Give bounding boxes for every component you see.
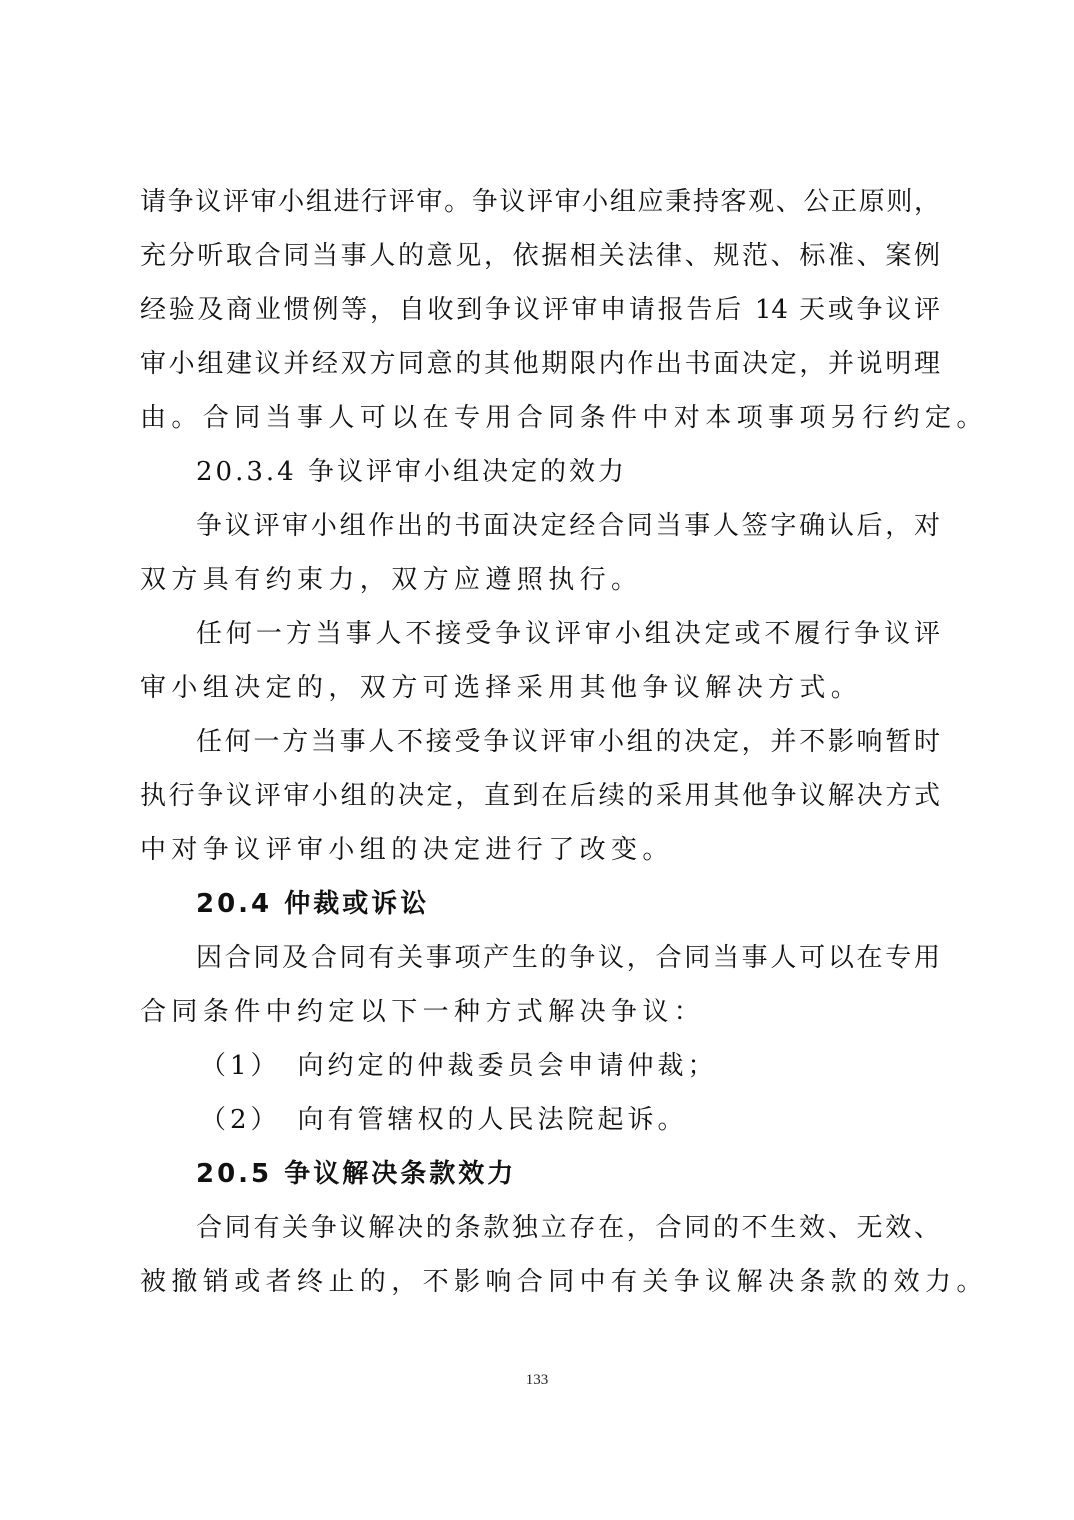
body-text-line: 执行争议评审小组的决定，直到在后续的采用其他争议解决方式 [140, 780, 940, 812]
body-text-line: 因合同及合同有关事项产生的争议，合同当事人可以在专用 [196, 942, 940, 974]
body-text-line: 审小组决定的，双方可选择采用其他争议解决方式。 [140, 672, 940, 704]
body-text-line: 审小组建议并经双方同意的其他期限内作出书面决定，并说明理 [140, 348, 940, 380]
list-item: （2） 向有管辖权的人民法院起诉。 [200, 1104, 1000, 1136]
body-text-line: 被撤销或者终止的，不影响合同中有关争议解决条款的效力。 [140, 1266, 940, 1298]
document-page: 请争议评审小组进行评审。争议评审小组应秉持客观、公正原则，充分听取合同当事人的意… [0, 0, 1074, 1520]
page-number: 133 [0, 1372, 1074, 1389]
body-text-line: 充分听取合同当事人的意见，依据相关法律、规范、标准、案例 [140, 240, 940, 272]
body-text-line: 合同有关争议解决的条款独立存在，合同的不生效、无效、 [196, 1212, 940, 1244]
body-text-line: 任何一方当事人不接受争议评审小组的决定，并不影响暂时 [196, 726, 940, 758]
section-heading: 20.5 争议解决条款效力 [196, 1158, 996, 1190]
body-text-line: 请争议评审小组进行评审。争议评审小组应秉持客观、公正原则， [140, 186, 940, 218]
list-item: （1） 向约定的仲裁委员会申请仲裁； [200, 1050, 1000, 1082]
body-text-line: 双方具有约束力，双方应遵照执行。 [140, 564, 940, 596]
section-heading: 20.4 仲裁或诉讼 [196, 888, 996, 920]
body-text-line: 经验及商业惯例等，自收到争议评审申请报告后 14 天或争议评 [140, 294, 940, 326]
body-text-line: 中对争议评审小组的决定进行了改变。 [140, 834, 940, 866]
body-text-line: 合同条件中约定以下一种方式解决争议： [140, 996, 940, 1028]
body-text-line: 由。合同当事人可以在专用合同条件中对本项事项另行约定。 [140, 402, 940, 434]
subsection-heading: 20.3.4 争议评审小组决定的效力 [196, 456, 996, 488]
body-text-line: 争议评审小组作出的书面决定经合同当事人签字确认后，对 [196, 510, 940, 542]
body-text-line: 任何一方当事人不接受争议评审小组决定或不履行争议评 [196, 618, 940, 650]
